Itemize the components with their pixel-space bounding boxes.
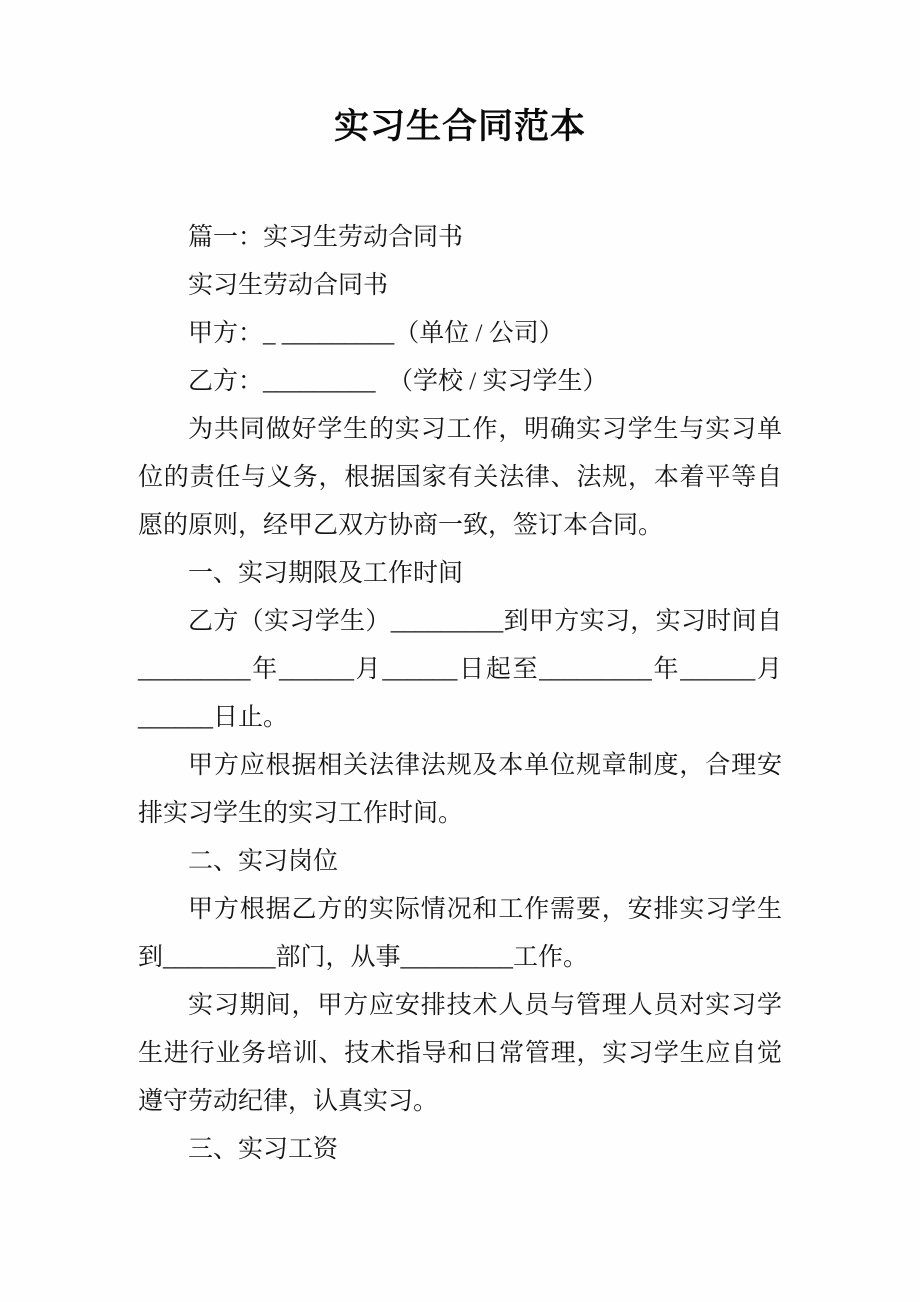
- paragraph-training-management: 实习期间，甲方应安排技术人员与管理人员对实习学生进行业务培训、技术指导和日常管理…: [138, 982, 782, 1126]
- document-body: 篇一：实习生劳动合同书 实习生劳动合同书 甲方：_ _________（单位 /…: [138, 214, 782, 1174]
- paragraph-work-time-rules: 甲方应根据相关法律法规及本单位规章制度，合理安排实习学生的实习工作时间。: [138, 742, 782, 838]
- heading-section-2: 二、实习岗位: [138, 838, 782, 886]
- paragraph-contract-subtitle: 实习生劳动合同书: [138, 262, 782, 310]
- document-content: 实习生合同范本 篇一：实习生劳动合同书 实习生劳动合同书 甲方：_ ______…: [138, 0, 782, 1174]
- paragraph-section-label: 篇一：实习生劳动合同书: [138, 214, 782, 262]
- paragraph-internship-period: 乙方（实习学生）_________到甲方实习，实习时间自_________年__…: [138, 598, 782, 742]
- paragraph-party-a-blank: 甲方：_ _________（单位 / 公司）: [138, 310, 782, 358]
- document-page: 实习生合同范本 篇一：实习生劳动合同书 实习生劳动合同书 甲方：_ ______…: [0, 0, 920, 1302]
- heading-section-1: 一、实习期限及工作时间: [138, 550, 782, 598]
- paragraph-party-b-blank: 乙方：_________ （学校 / 实习学生）: [138, 358, 782, 406]
- paragraph-post-assignment: 甲方根据乙方的实际情况和工作需要，安排实习学生到_________部门，从事__…: [138, 886, 782, 982]
- document-title: 实习生合同范本: [138, 0, 782, 150]
- heading-section-3: 三、实习工资: [138, 1126, 782, 1174]
- paragraph-preamble: 为共同做好学生的实习工作，明确实习学生与实习单位的责任与义务，根据国家有关法律、…: [138, 406, 782, 550]
